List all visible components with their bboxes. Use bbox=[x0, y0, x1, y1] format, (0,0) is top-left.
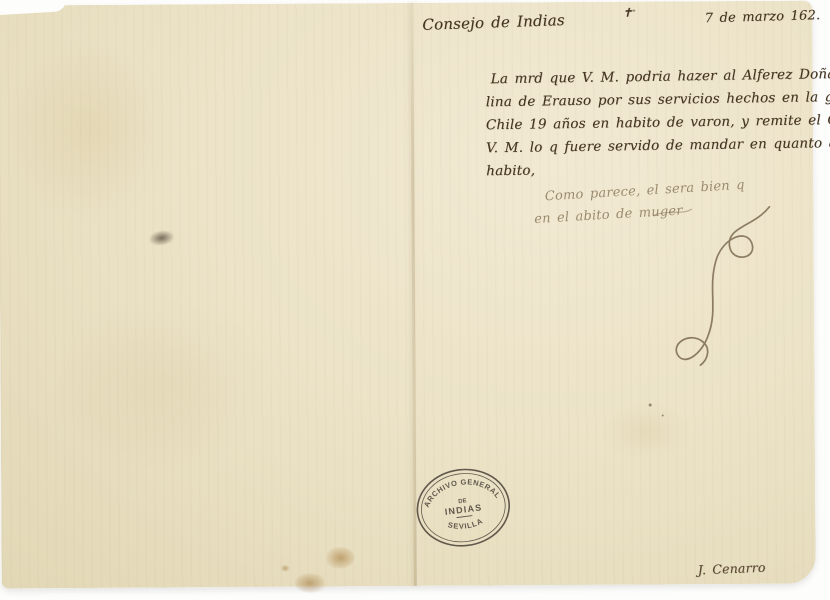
brown-stain bbox=[295, 574, 325, 593]
archivist-signature: J. Cenarro bbox=[697, 560, 765, 578]
stamp-arc-bottom-text: SEVILLA bbox=[446, 516, 485, 533]
rubric-stroke bbox=[675, 207, 770, 366]
age-blotch bbox=[50, 294, 271, 475]
manuscript-sheet: Consejo de Indias ✝ 7 de marzo 162. La m… bbox=[0, 1, 816, 589]
brown-stain bbox=[327, 547, 355, 568]
stamp-indias-text: INDIAS bbox=[444, 502, 483, 517]
ink-speck bbox=[632, 10, 635, 12]
ink-speck bbox=[662, 414, 664, 416]
cross-mark: ✝ bbox=[622, 6, 632, 20]
age-blotch bbox=[4, 34, 175, 225]
signature-rubric bbox=[641, 201, 792, 387]
ink-speck bbox=[649, 404, 652, 407]
ink-smudge bbox=[148, 229, 176, 248]
archive-oval-stamp: ARCHIVO GENERAL DE INDIAS SEVILLA bbox=[408, 458, 518, 558]
manuscript-photo: Consejo de Indias ✝ 7 de marzo 162. La m… bbox=[0, 0, 830, 600]
rubric-tail bbox=[653, 209, 691, 215]
consulta-body-text: La mrd que V. M. podria hazer al Alferez… bbox=[486, 64, 830, 182]
brown-stain bbox=[281, 565, 290, 572]
age-blotch bbox=[601, 401, 691, 462]
torn-edge-top-left bbox=[0, 0, 67, 16]
council-header-handwriting: Consejo de Indias bbox=[422, 11, 565, 34]
date-handwriting: 7 de marzo 162. bbox=[692, 8, 820, 26]
stamp-divider-line bbox=[457, 516, 473, 518]
